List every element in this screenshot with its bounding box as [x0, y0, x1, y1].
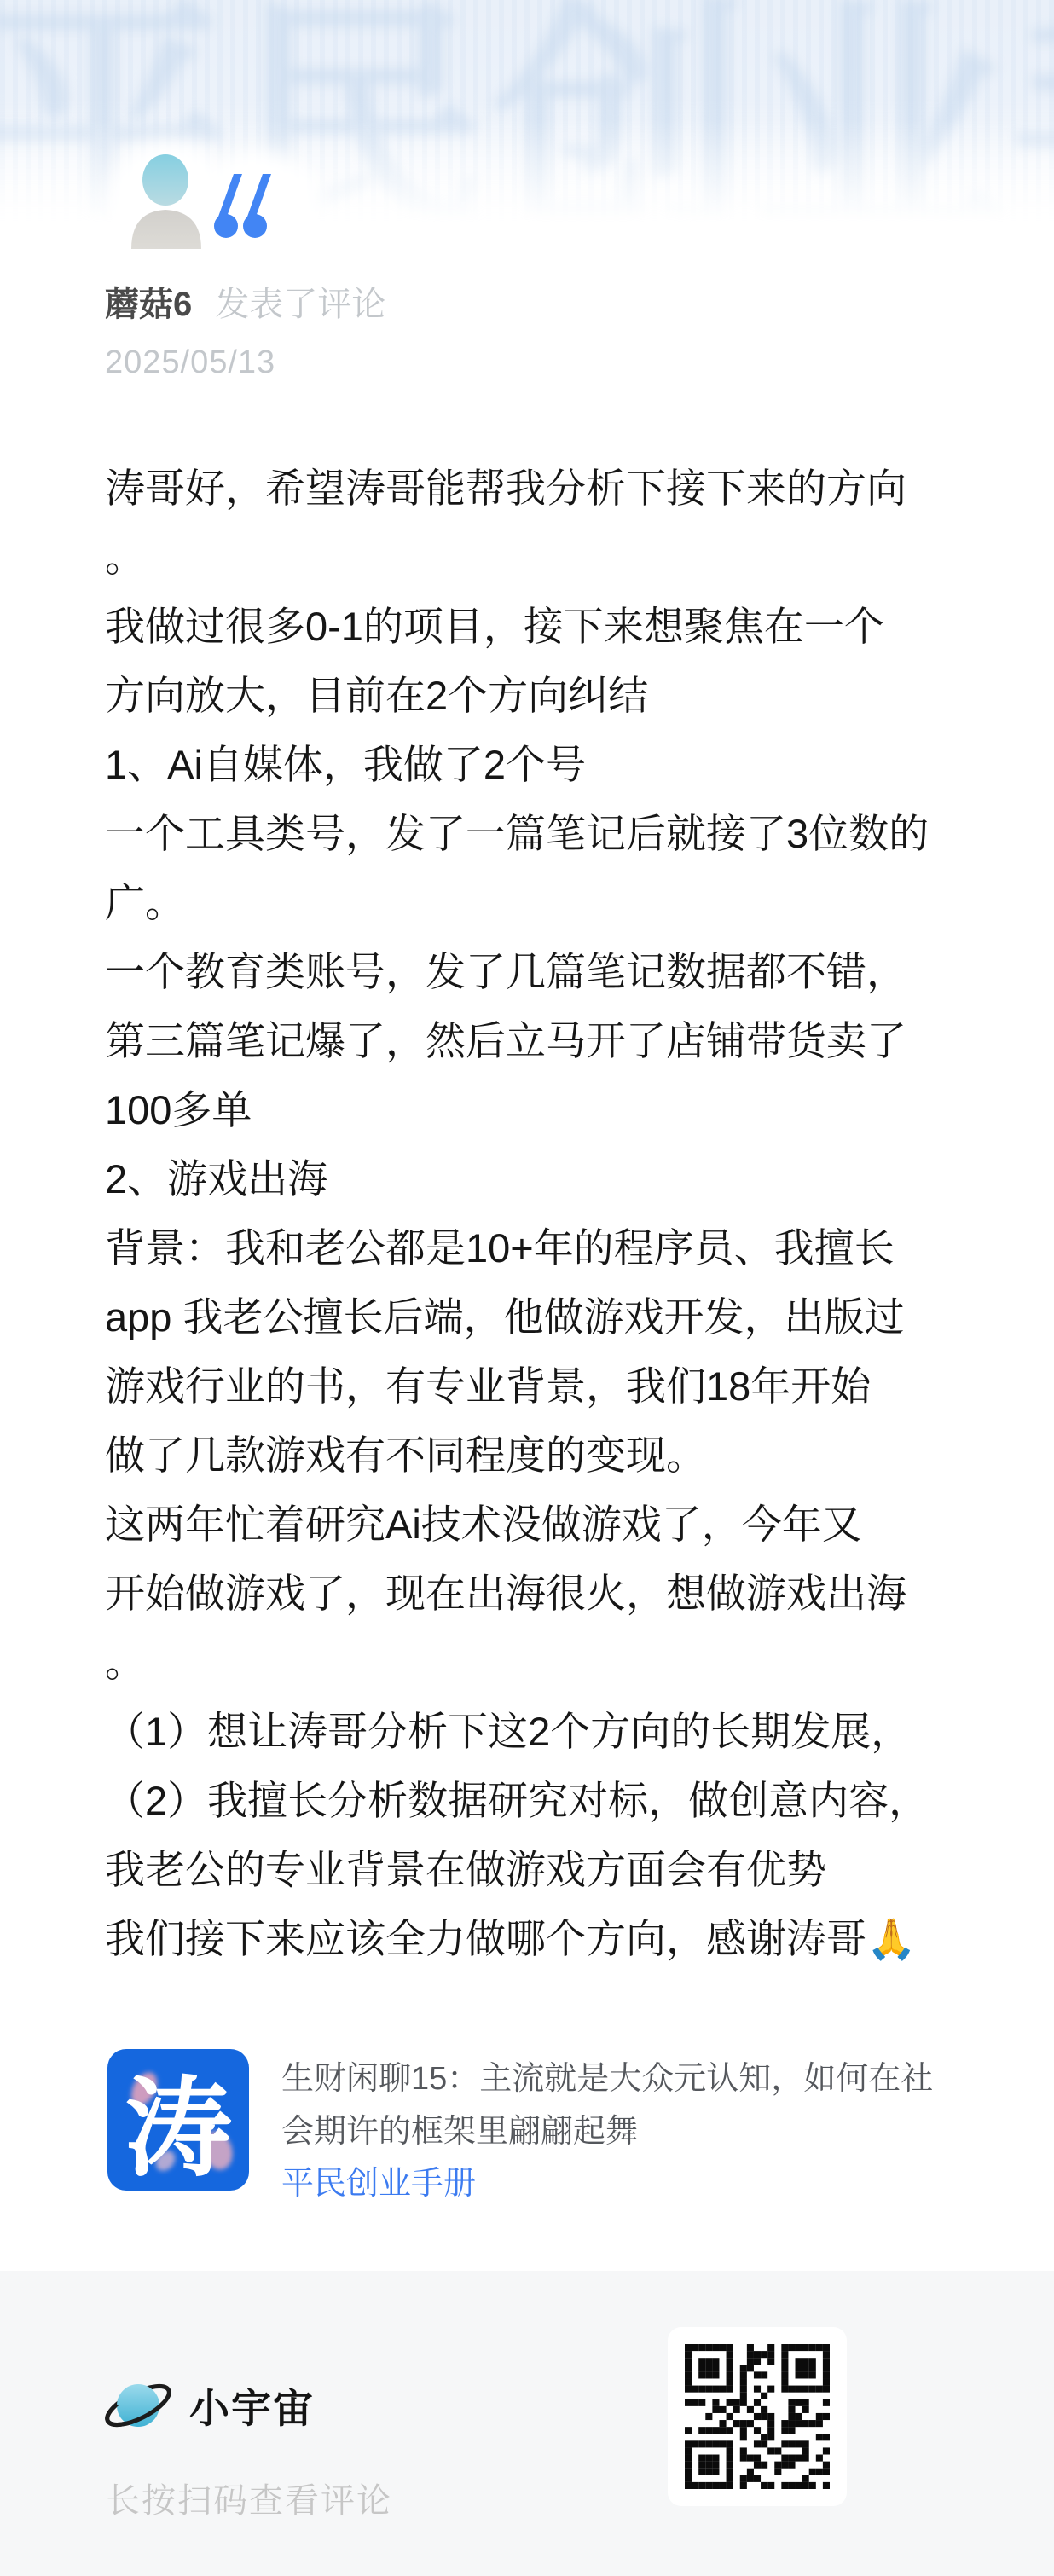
comment-date: 2025/05/13 — [105, 344, 275, 381]
comment-line: 做了几款游戏有不同程度的变现。 — [105, 1421, 1022, 1490]
footer: 小宇宙 长按扫码查看评论 — [0, 2271, 1054, 2576]
comment-line: 广。 — [105, 868, 1022, 937]
comment-line: 我们接下来应该全力做哪个方向，感谢涛哥🙏 — [105, 1904, 1022, 1973]
scan-caption: 长按扫码查看评论 — [106, 2474, 392, 2522]
comment-line: 我老公的专业背景在做游戏方面会有优势 — [105, 1835, 1022, 1904]
comment-line: 一个教育类账号，发了几篇笔记数据都不错， — [105, 937, 1022, 1006]
share-card-page: 平民创业手册 蘑菇6 发表了评论 2025/05/13 — [0, 0, 1054, 2576]
cover-calligraphy-char: 涛 — [107, 2049, 249, 2191]
episode-title: 生财闲聊15：主流就是大众元认知，如何在社会期许的框架里翩翩起舞 — [281, 2052, 938, 2158]
comment-line: 这两年忙着研究Ai技术没做游戏了，今年又 — [105, 1490, 1022, 1559]
comment-line: （2）我擅长分析数据研究对标，做创意内容， — [105, 1766, 1022, 1835]
podcast-name-link[interactable]: 平民创业手册 — [281, 2156, 476, 2203]
comment-line: 游戏行业的书，有专业背景，我们18年开始 — [105, 1352, 1022, 1421]
quote-icon — [213, 172, 275, 240]
comment-line: 2、游戏出海 — [105, 1144, 1022, 1213]
planet-logo-icon — [102, 2372, 174, 2439]
comment-line: 背景：我和老公都是10+年的程序员、我擅长 — [105, 1213, 1022, 1282]
comment-line: app 我老公擅长后端，他做游戏开发，出版过 — [105, 1282, 1022, 1352]
qr-code[interactable] — [668, 2327, 847, 2506]
comment-line: （1）想让涛哥分析下这2个方向的长期发展， — [105, 1697, 1022, 1766]
default-avatar-icon — [126, 153, 208, 249]
comment-line: 方向放大，目前在2个方向纠结 — [105, 661, 1022, 730]
comment-line: 第三篇笔记爆了，然后立马开了店铺带货卖了 — [105, 1006, 1022, 1075]
episode-card[interactable]: 涛 生财闲聊15：主流就是大众元认知，如何在社会期许的框架里翩翩起舞 平民创业手… — [107, 2049, 947, 2194]
comment-line: 。 — [105, 523, 1022, 592]
comment-line: 一个工具类号，发了一篇笔记后就接了3位数的 — [105, 799, 1022, 868]
brand-row: 小宇宙 — [102, 2371, 315, 2440]
brand-name: 小宇宙 — [189, 2377, 315, 2434]
comment-text: 涛哥好，希望涛哥能帮我分析下接下来的方向。我做过很多0-1的项目，接下来想聚焦在… — [105, 454, 1022, 1973]
comment-line: 我做过很多0-1的项目，接下来想聚焦在一个 — [105, 592, 1022, 661]
comment-line: 1、Ai自媒体，我做了2个号 — [105, 730, 1022, 799]
byline: 蘑菇6 发表了评论 — [105, 281, 385, 327]
comment-line: 100多单 — [105, 1075, 1022, 1144]
comment-author: 蘑菇6 — [105, 286, 192, 323]
comment-line: 涛哥好，希望涛哥能帮我分析下接下来的方向 — [105, 454, 1022, 523]
comment-line: 开始做游戏了，现在出海很火，想做游戏出海 — [105, 1559, 1022, 1628]
comment-line: 。 — [105, 1628, 1022, 1697]
episode-cover-art: 涛 — [107, 2049, 249, 2191]
comment-action-label: 发表了评论 — [215, 286, 385, 323]
